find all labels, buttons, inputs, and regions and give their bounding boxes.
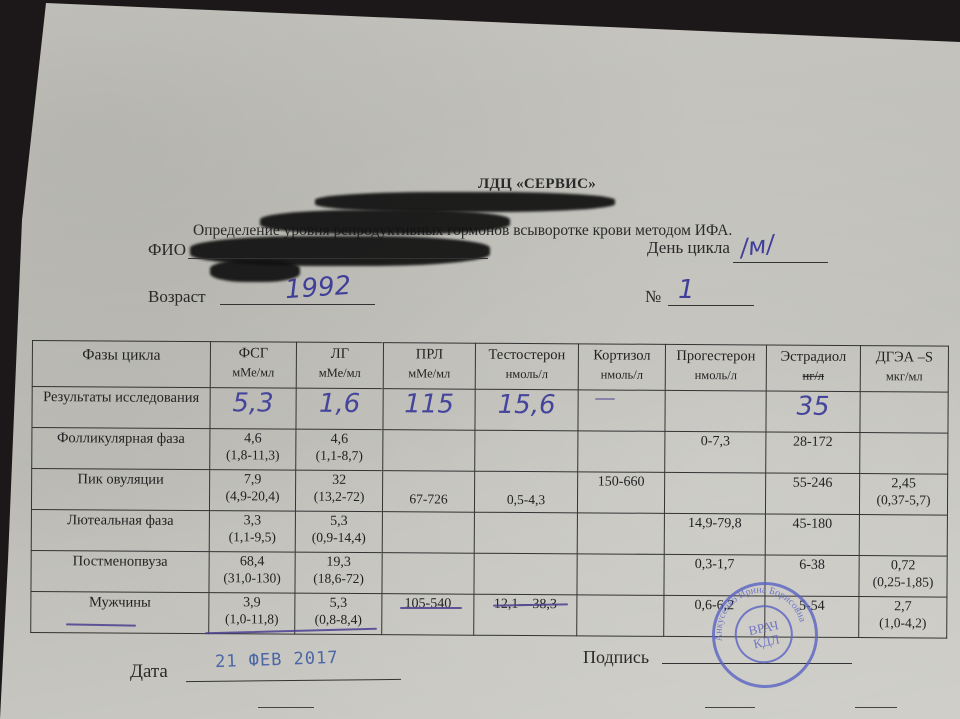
redaction-mark [315,192,615,212]
reference-cell: 67-726 [382,471,474,513]
reference-cell [578,431,665,473]
reference-cell: 3,3(1,1-9,5) [209,511,295,553]
reference-cell [577,513,664,555]
reference-value: 45-180 [766,514,859,533]
reference-cell: 105-540 [382,594,474,636]
column-header-hormone: Эстрадиолнг/л [766,345,860,392]
reference-value [475,431,577,434]
reference-value: 6-38 [766,555,859,574]
reference-value: 68,4 [210,552,295,571]
reference-cell: 2,7(1,0-4,2) [859,597,947,639]
reference-value: 150-660 [578,472,664,491]
reference-value: 0-7,3 [665,432,765,451]
reference-range: (1,0-11,8) [209,611,294,628]
reference-cell: 7,9(4,9-20,4) [209,470,295,512]
reference-cell [382,512,474,554]
reference-value: 0,72 [860,556,947,575]
reference-value: 3,9 [209,593,294,612]
reference-value: 28-172 [766,432,859,451]
phase-label: Пик овуляции [31,469,209,511]
column-name: ДГЭА –S [861,346,948,366]
reference-cell [382,553,474,595]
column-unit: мМе/мл [297,362,383,382]
column-header-phase: Фазы цикла [32,341,210,388]
reference-value: 105-540 [382,594,473,613]
reference-range: (1,8-11,3) [210,447,295,464]
reference-value [577,595,663,598]
reference-value [860,433,947,436]
reference-cell [859,515,947,557]
reference-value [578,513,664,516]
reference-cell: 28-172 [766,432,860,474]
reference-cell [577,554,664,596]
reference-value [383,553,474,556]
cycle-day-label: День цикла [647,238,730,258]
divider [855,707,897,708]
redaction-mark [260,210,510,234]
column-unit [33,363,210,367]
column-header-hormone: Кортизолнмоль/л [578,344,665,391]
pen-underline [400,607,462,609]
reference-value: 4,6 [210,429,295,448]
column-unit: мкг/мл [861,365,948,385]
column-name: Эстрадиол [767,345,860,365]
reference-range: (1,1-8,7) [296,448,382,465]
column-unit: мМе/мл [384,362,475,382]
reference-value: 5,3 [295,594,381,613]
pen-underline [595,398,615,400]
reference-value: 7,9 [210,470,295,489]
reference-value [578,554,664,557]
age-value: 1992 [284,271,352,306]
reference-value: 55-246 [766,473,859,492]
reference-value: 2,45 [860,474,947,493]
number-field[interactable] [668,305,754,306]
number-label: № [645,287,661,307]
column-header-hormone: ЛГмМе/мл [296,342,383,389]
reference-cell: 5,3(0,9-14,4) [295,511,382,553]
table-header-row: Фазы циклаФСГмМе/млЛГмМе/млПРЛмМе/млТест… [32,341,948,393]
reference-value [475,513,577,516]
reference-cell: 68,4(31,0-130) [209,552,295,594]
reference-range: (0,9-14,4) [296,530,382,547]
result-cell: 35 [766,391,860,433]
reference-cell: 4,6(1,8-11,3) [210,429,296,471]
reference-cell: 3,9(1,0-11,8) [209,593,295,635]
reference-cell [474,553,577,595]
reference-value: 2,7 [859,597,946,616]
column-unit: нмоль/л [579,363,665,383]
reference-value [578,431,664,434]
reference-value: 19,3 [296,553,382,572]
column-header-hormone: Тестостероннмоль/л [475,343,578,390]
reference-cell: 32(13,2-72) [295,470,382,512]
cycle-day-value: /м/ [738,230,776,262]
signature-label: Подпись [583,647,649,668]
reference-value: 32 [296,471,382,490]
column-name: Тестостерон [476,344,578,364]
result-cell [860,392,948,434]
column-header-hormone: ПРЛмМе/мл [383,343,475,390]
reference-value: 4,6 [296,430,382,449]
reference-cell [475,430,578,472]
column-name: Фазы цикла [33,341,210,364]
reference-range: (4,9-20,4) [210,488,295,505]
reference-cell: 19,3(18,6-72) [295,552,382,594]
column-header-hormone: ФСГмМе/мл [210,342,296,389]
phase-label: Мужчины [31,591,209,633]
reference-cell: 55-246 [765,473,859,515]
column-header-hormone: Прогестероннмоль/л [665,344,766,391]
reference-range: (0,37-5,7) [860,492,947,509]
reference-value: 0,3-1,7 [665,555,765,574]
reference-range: (1,1-9,5) [210,529,295,546]
number-value: 1 [678,275,695,305]
result-cell [665,390,766,432]
fio-field[interactable] [188,258,488,259]
reference-range: (13,2-72) [296,489,382,506]
reference-range: 0,5-4,3 [475,474,577,509]
results-row: Результаты исследования 5,31,611515,635 [32,387,948,434]
column-unit: нмоль/л [476,363,578,383]
reference-cell: 4,6(1,1-8,7) [296,429,383,471]
column-header-hormone: ДГЭА –Sмкг/мл [860,346,948,393]
hormone-table: Фазы циклаФСГмМе/млЛГмМе/млПРЛмМе/млТест… [30,340,949,639]
reference-value [665,473,765,476]
reference-cell [860,433,948,475]
result-cell [578,390,665,432]
reference-range: (31,0-130) [210,570,295,587]
reference-value [383,512,474,515]
age-label: Возраст [148,287,206,307]
stamp-center-text: ВРАЧ КДЛ [744,618,785,653]
column-name: Прогестерон [666,345,766,365]
reference-cell: 0,72(0,25-1,85) [859,556,947,598]
column-name: ПРЛ [384,343,475,363]
table-row: Постменопвуза68,4(31,0-130)19,3(18,6-72)… [31,550,947,597]
reference-cell: 0,5-4,3 [474,471,577,513]
phase-label: Лютеальная фаза [31,509,209,551]
reference-value: 14,9-79,8 [665,514,765,533]
reference-value [860,515,947,518]
result-cell: 1,6 [296,388,383,430]
reference-value [383,430,474,433]
reference-cell: 2,45(0,37-5,7) [859,474,947,516]
table-row: Лютеальная фаза3,3(1,1-9,5)5,3(0,9-14,4)… [31,509,947,556]
table-row: Фолликулярная фаза4,6(1,8-11,3)4,6(1,1-8… [32,428,948,475]
table-row: Пик овуляции7,9(4,9-20,4)32(13,2-72)67-7… [31,469,947,516]
result-cell: 5,3 [210,388,296,430]
date-label: Дата [130,661,168,683]
reference-cell: 150-660 [577,472,664,514]
divider [705,707,755,708]
reference-value: 3,3 [210,511,295,530]
fio-label: ФИО [148,240,186,260]
reference-value [475,554,577,557]
column-unit: нмоль/л [666,364,766,384]
reference-cell: 45-180 [765,514,859,556]
org-title: ЛДЦ «СЕРВИС» [478,176,596,193]
column-name: ЛГ [297,343,383,363]
reference-range: 67-726 [383,473,474,508]
column-name: Кортизол [579,344,665,364]
results-label: Результаты исследования [32,387,210,429]
cycle-day-field[interactable] [733,262,828,263]
reference-value: 5,3 [296,512,382,531]
reference-cell: 0-7,3 [665,431,766,473]
column-unit: нг/л [767,364,860,384]
divider [258,707,314,708]
result-cell: 15,6 [475,389,578,431]
phase-label: Фолликулярная фаза [32,428,210,470]
phase-label: Постменопвуза [31,550,209,592]
reference-range: (18,6-72) [295,571,381,588]
reference-cell [383,430,475,472]
column-unit: мМе/мл [211,361,296,381]
column-name: ФСГ [211,342,296,362]
reference-cell [577,595,664,637]
reference-cell: 12,1—38,3 [474,594,577,636]
reference-range: (0,8-8,4) [295,612,381,629]
reference-cell: 14,9-79,8 [664,513,765,555]
reference-range: (0,25-1,85) [859,574,946,591]
reference-cell [664,472,765,514]
reference-cell [474,512,577,554]
result-cell: 115 [383,389,475,431]
reference-range: (1,0-4,2) [859,615,946,632]
